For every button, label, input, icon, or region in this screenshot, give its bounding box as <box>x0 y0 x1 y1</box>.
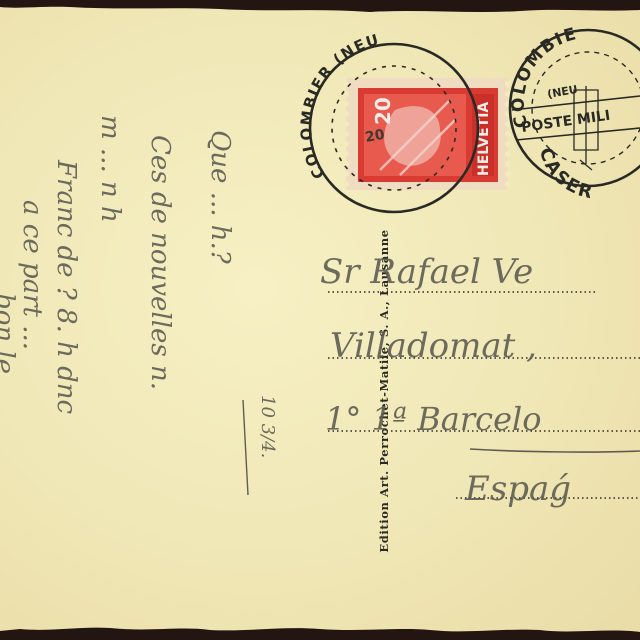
postmark-left-date: 20 <box>364 127 386 146</box>
stamp-area: HELVETIA 20 COLOMBIER (NEU 20 COLOMBIE (… <box>0 0 640 640</box>
postcard: Edition Art. Perrochet-Matile, S. A., La… <box>0 0 640 640</box>
postmark-right-bottom: CASER <box>535 145 596 203</box>
stamp-value: 20 <box>371 97 395 125</box>
svg-text:CASER: CASER <box>535 145 596 203</box>
postmark-right: COLOMBIE (NEU POSTE MILI CASER <box>509 24 640 204</box>
